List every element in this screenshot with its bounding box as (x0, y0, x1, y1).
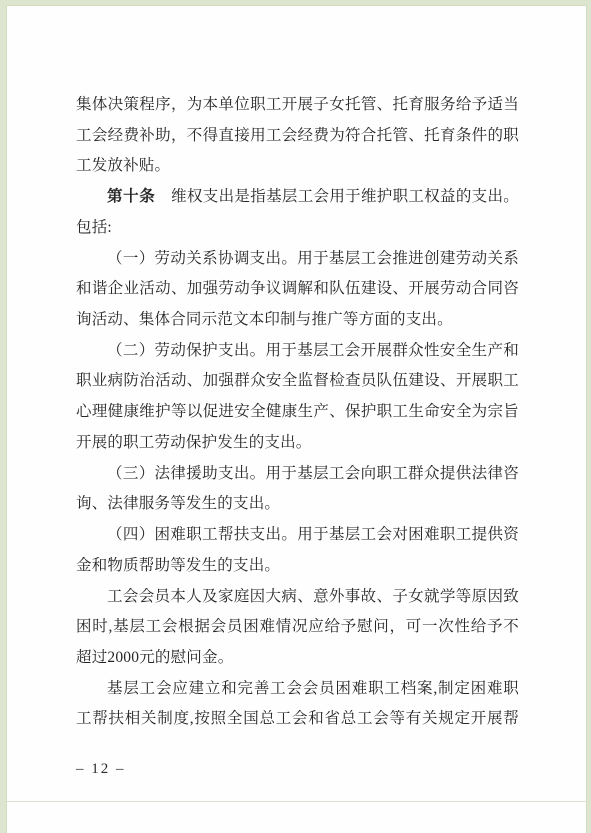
article-heading-line: 第十条 维权支出是指基层工会用于维护职工权益的支出。 (76, 182, 519, 213)
page-crease-line (7, 801, 586, 802)
text-line: （三）法律援助支出。用于基层工会向职工群众提供法律咨 (76, 459, 519, 490)
page-number: – 12 – (76, 761, 126, 778)
text-line: 包括: (76, 213, 519, 244)
text-line: 询、法律服务等发生的支出。 (76, 489, 519, 520)
scan-background: 集体决策程序，为本单位职工开展子女托管、托育服务给予适当 工会经费补助，不得直接… (0, 0, 591, 833)
text-line: 工发放补贴。 (76, 151, 519, 182)
text-line: 困时,基层工会根据会员困难情况应给予慰问，可一次性给予不 (76, 612, 519, 643)
scanned-page: 集体决策程序，为本单位职工开展子女托管、托育服务给予适当 工会经费补助，不得直接… (6, 5, 587, 833)
text-line: 工会会员本人及家庭因大病、意外事故、子女就学等原因致 (76, 582, 519, 613)
text-line: 工会经费补助，不得直接用工会经费为符合托管、托育条件的职 (76, 121, 519, 152)
text-line: 工帮扶相关制度,按照全国总工会和省总工会等有关规定开展帮 (76, 704, 519, 735)
text-line: 询活动、集体合同示范文本印制与推广等方面的支出。 (76, 305, 519, 336)
article-number: 第十条 (107, 188, 155, 205)
text-line: （四）困难职工帮扶支出。用于基层工会对困难职工提供资 (76, 520, 519, 551)
text-line: （一）劳动关系协调支出。用于基层工会推进创建劳动关系 (76, 244, 519, 275)
text-line: 心理健康维护等以促进安全健康生产、保护职工生命安全为宗旨 (76, 397, 519, 428)
text-line: 基层工会应建立和完善工会会员困难职工档案,制定困难职 (76, 674, 519, 705)
text-line: 开展的职工劳动保护发生的支出。 (76, 428, 519, 459)
text-line: 超过2000元的慰问金。 (76, 643, 519, 674)
text-line: 和谐企业活动、加强劳动争议调解和队伍建设、开展劳动合同咨 (76, 274, 519, 305)
text-line: 金和物质帮助等发生的支出。 (76, 551, 519, 582)
article-text: 维权支出是指基层工会用于维护职工权益的支出。 (155, 188, 519, 205)
text-line: （二）劳动保护支出。用于基层工会开展群众性安全生产和 (76, 336, 519, 367)
document-body: 集体决策程序，为本单位职工开展子女托管、托育服务给予适当 工会经费补助，不得直接… (76, 90, 519, 735)
text-line: 职业病防治活动、加强群众安全监督检查员队伍建设、开展职工 (76, 366, 519, 397)
text-line: 集体决策程序，为本单位职工开展子女托管、托育服务给予适当 (76, 90, 519, 121)
